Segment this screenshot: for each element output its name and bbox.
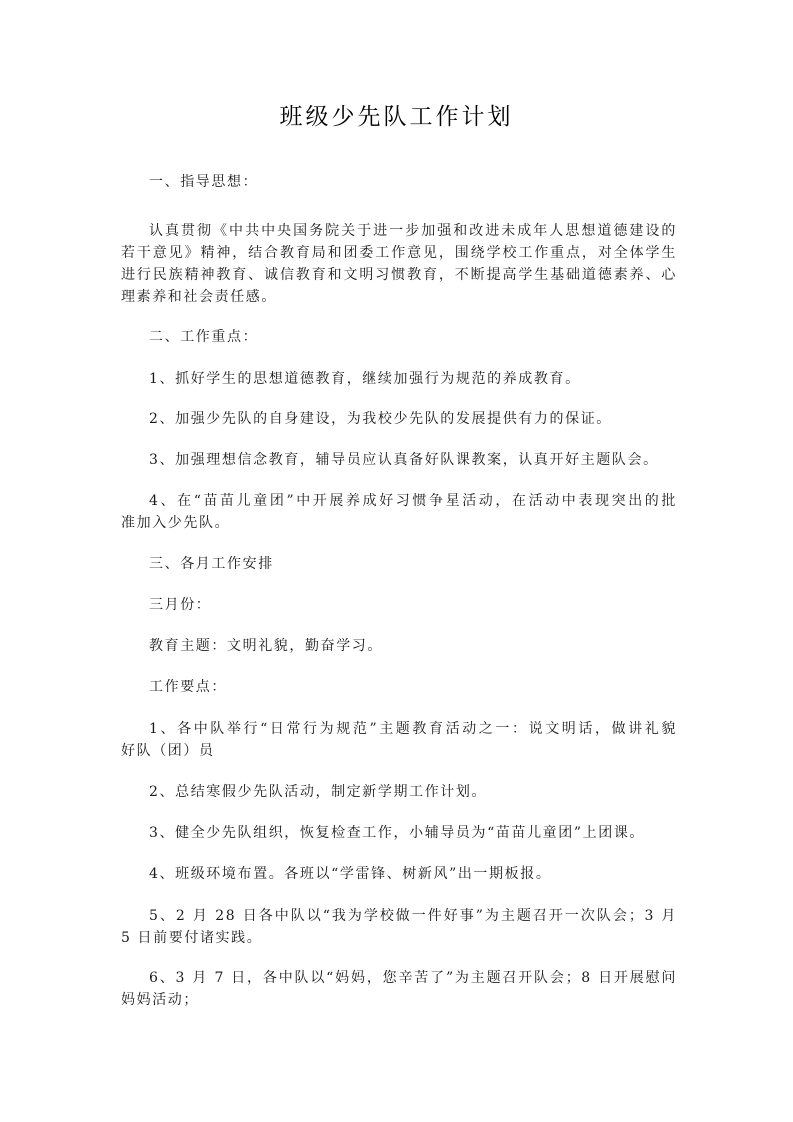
list-item: 1、抓好学生的思想道德教育，继续加强行为规范的养成教育。 [121, 368, 677, 390]
work-points-label: 工作要点： [121, 676, 677, 698]
month-label: 三月份： [121, 594, 677, 616]
section-heading-monthly-plan: 三、各月工作安排 [121, 553, 677, 575]
list-item: 4、班级环境布置。各班以“学雷锋、树新风”出一期板报。 [121, 863, 677, 885]
list-item: 3、健全少先队组织，恢复检查工作，小辅导员为“苗苗儿童团”上团课。 [121, 822, 677, 844]
document-page: 班级少先队工作计划 一、指导思想： 认真贯彻《中共中央国务院关于进一步加强和改进… [0, 0, 793, 1122]
document-title: 班级少先队工作计划 [0, 100, 793, 134]
paragraph-line: 进行民族精神教育、诚信教育和文明习惯教育，不断提高学生基础道德素养、心 [121, 264, 677, 286]
paragraph-line: 认真贯彻《中共中央国务院关于进一步加强和改进未成年人思想道德建设的 [121, 220, 677, 242]
list-item: 1、各中队举行“日常行为规范”主题教育活动之一：说文明话，做讲礼貌 好队（团）员 [121, 718, 677, 762]
list-item: 4、在“苗苗儿童团”中开展养成好习惯争星活动，在活动中表现突出的批 准加入少先队… [121, 490, 677, 534]
list-item: 3、加强理想信念教育，辅导员应认真备好队课教案，认真开好主题队会。 [121, 449, 677, 471]
list-item: 2、总结寒假少先队活动，制定新学期工作计划。 [121, 781, 677, 803]
education-theme: 教育主题：文明礼貌，勤奋学习。 [121, 635, 677, 657]
section-heading-work-focus: 二、工作重点： [121, 326, 677, 348]
list-item: 6、3 月 7 日，各中队以“妈妈，您辛苦了”为主题召开队会；8 日开展慰问 妈… [121, 967, 677, 1011]
paragraph-line: 理素养和社会责任感。 [121, 286, 677, 308]
list-item: 5、2 月 28 日各中队以“我为学校做一件好事”为主题召开一次队会；3 月 5… [121, 905, 677, 949]
paragraph-guiding-thought: 认真贯彻《中共中央国务院关于进一步加强和改进未成年人思想道德建设的 若干意见》精… [121, 220, 677, 308]
paragraph-line: 若干意见》精神，结合教育局和团委工作意见，围绕学校工作重点，对全体学生 [121, 242, 677, 264]
list-item: 2、加强少先队的自身建设，为我校少先队的发展提供有力的保证。 [121, 408, 677, 430]
section-heading-guiding-thought: 一、指导思想： [121, 171, 677, 193]
